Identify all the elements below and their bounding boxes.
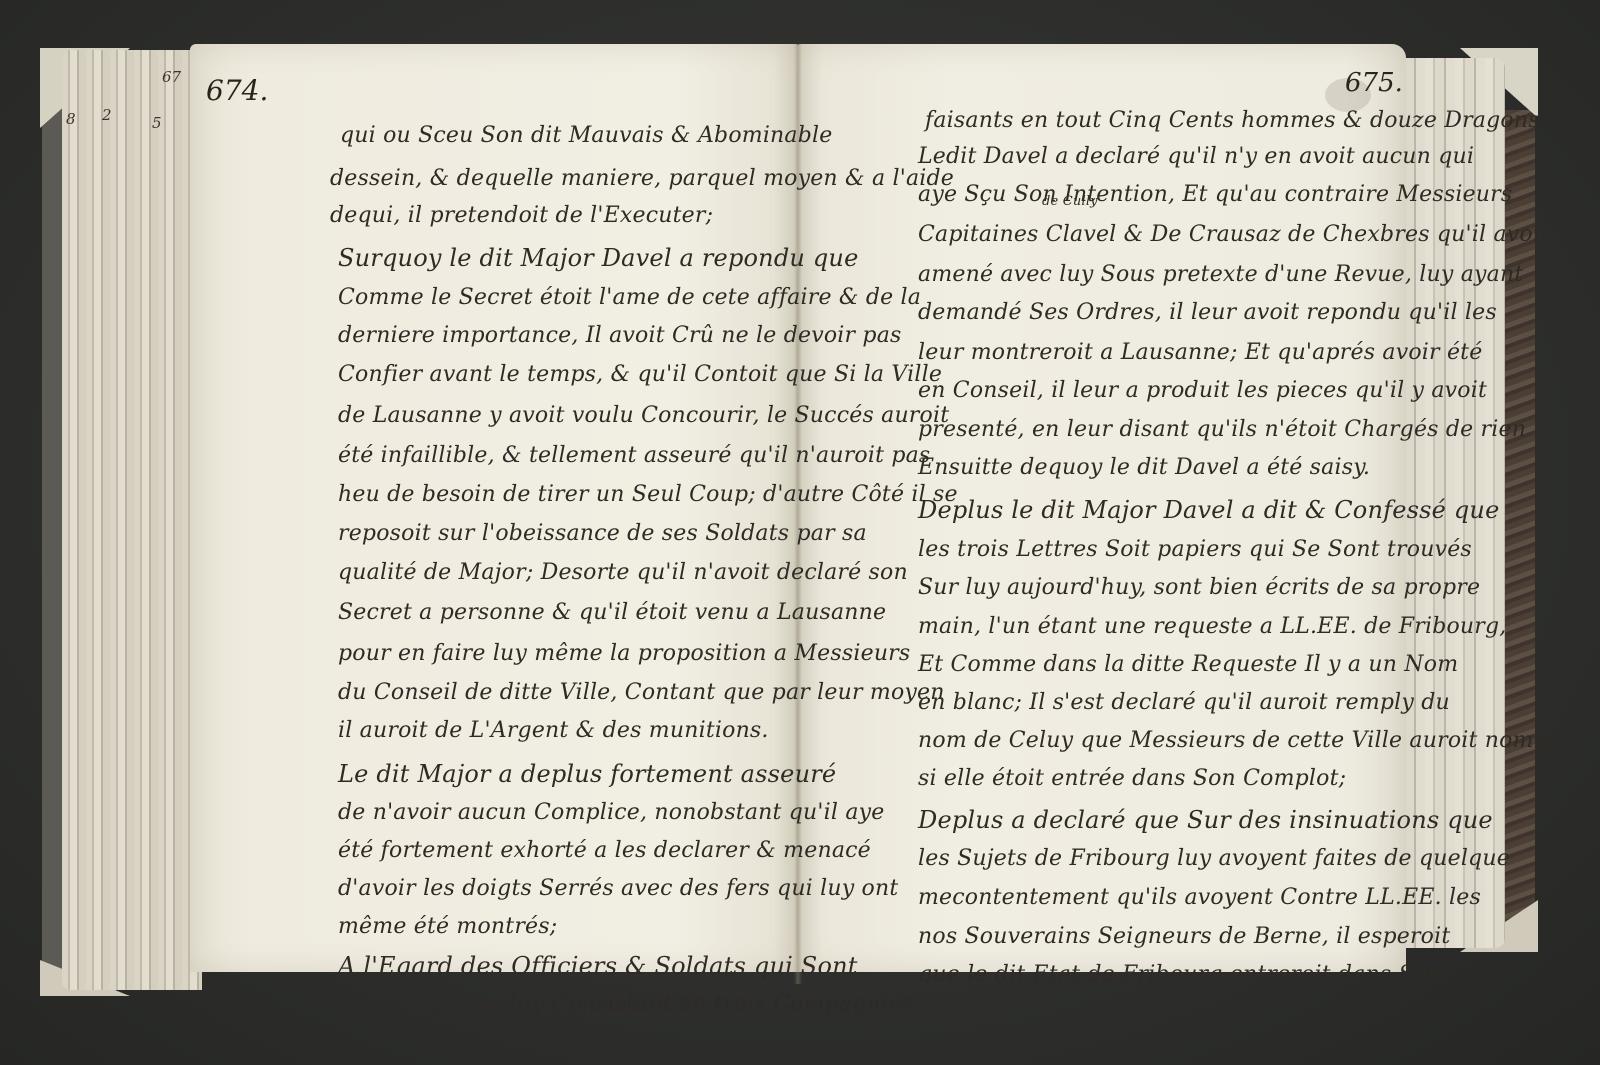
manuscript-line: les Sujets de Fribourg luy avoyent faite…: [918, 846, 1510, 871]
manuscript-line: nom de Celuy que Messieurs de cette Vill…: [918, 728, 1568, 753]
manuscript-line: d'avoir les doigts Serrés avec des fers …: [338, 876, 898, 901]
manuscript-line: si elle étoit entrée dans Son Complot;: [918, 766, 1346, 791]
stack-tab-number: 5: [152, 114, 162, 132]
manuscript-line: qualité de Major; Desorte qu'il n'avoit …: [338, 560, 908, 585]
manuscript-line: de Lausanne y avoit voulu Concourir, le …: [338, 403, 949, 428]
manuscript-line: Confier avant le temps, & qu'il Contoit …: [338, 362, 942, 387]
manuscript-line: pour en faire luy même la proposition a …: [338, 641, 910, 666]
manuscript-line: en Conseil, il leur a produit les pieces…: [918, 378, 1487, 403]
manuscript-line: été infaillible, & tellement asseuré qu'…: [338, 443, 930, 468]
manuscript-line: faisants en tout Cinq Cents hommes & dou…: [925, 108, 1547, 133]
manuscript-line: Ensuitte dequoy le dit Davel a été saisy…: [918, 455, 1370, 480]
manuscript-line: Et Comme dans la ditte Requeste Il y a u…: [918, 652, 1458, 677]
manuscript-line: leur montreroit a Lausanne; Et qu'aprés …: [918, 340, 1482, 365]
stack-tab-number: 8: [66, 110, 76, 128]
manuscript-line: du Conseil de ditte Ville, Contant que p…: [338, 680, 945, 705]
manuscript-line: qui ou Sceu Son dit Mauvais & Abominable: [340, 123, 832, 148]
manuscript-line: venus icy avec luy Consistant en trois C…: [338, 992, 913, 1017]
manuscript-line: les trois Lettres Soit papiers qui Se So…: [918, 537, 1472, 562]
manuscript-line: A l'Egard des Officiers & Soldats qui So…: [338, 952, 858, 980]
manuscript-line: dessein, & dequelle maniere, parquel moy…: [330, 166, 954, 191]
manuscript-line: derniere importance, Il avoit Crû ne le …: [338, 323, 902, 348]
manuscript-line: presenté, en leur disant qu'ils n'étoit …: [918, 417, 1526, 442]
folio-number-left: 674.: [206, 74, 268, 107]
manuscript-line: amené avec luy Sous pretexte d'une Revue…: [918, 262, 1523, 287]
manuscript-line: Ledit Davel a declaré qu'il n'y en avoit…: [918, 144, 1474, 169]
page-stack-left: 67 8 2 5: [62, 50, 202, 990]
folio-number-right: 675.: [1345, 68, 1403, 98]
manuscript-line: Capitaines Clavel & De Crausaz de Chexbr…: [918, 222, 1549, 247]
manuscript-line: Deplus le dit Major Davel a dit & Confes…: [918, 496, 1500, 524]
manuscript-line: main, l'un étant une requeste a LL.EE. d…: [918, 614, 1507, 639]
stack-tab-number: 2: [102, 106, 112, 124]
manuscript-line: été fortement exhorté a les declarer & m…: [338, 838, 871, 863]
manuscript-line: Secret a personne & qu'il étoit venu a L…: [338, 600, 886, 625]
manuscript-line: il auroit de L'Argent & des munitions.: [338, 718, 769, 743]
manuscript-line: Le dit Major a deplus fortement asseuré: [338, 760, 836, 788]
manuscript-line: Surquoy le dit Major Davel a repondu que: [338, 244, 859, 272]
manuscript-line: même été montrés;: [338, 914, 557, 939]
manuscript-line: dequi, il pretendoit de l'Executer;: [330, 203, 713, 228]
manuscript-line: Deplus a declaré que Sur des insinuation…: [918, 806, 1493, 834]
manuscript-line: heu de besoin de tirer un Seul Coup; d'a…: [338, 482, 958, 507]
manuscript-line: nos Souverains Seigneurs de Berne, il es…: [918, 924, 1450, 949]
stack-tab-number: 67: [162, 68, 181, 86]
manuscript-line: demandé Ses Ordres, il leur avoit repond…: [918, 300, 1497, 325]
manuscript-line: en blanc; Il s'est declaré qu'il auroit …: [918, 690, 1450, 715]
manuscript-line: mecontentement qu'ils avoyent Contre LL.…: [918, 885, 1481, 910]
manuscript-line: Sur luy aujourd'huy, sont bien écrits de…: [918, 575, 1480, 600]
manuscript-line: reposoit sur l'obeissance de ses Soldats…: [338, 521, 867, 546]
manuscript-line: aye Sçu Son Intention, Et qu'au contrair…: [918, 182, 1512, 207]
manuscript-line: que le dit Etat de Fribourg entreroit da…: [918, 962, 1442, 987]
manuscript-line: de n'avoir aucun Complice, nonobstant qu…: [338, 800, 885, 825]
manuscript-line: Comme le Secret étoit l'ame de cete affa…: [338, 285, 921, 310]
